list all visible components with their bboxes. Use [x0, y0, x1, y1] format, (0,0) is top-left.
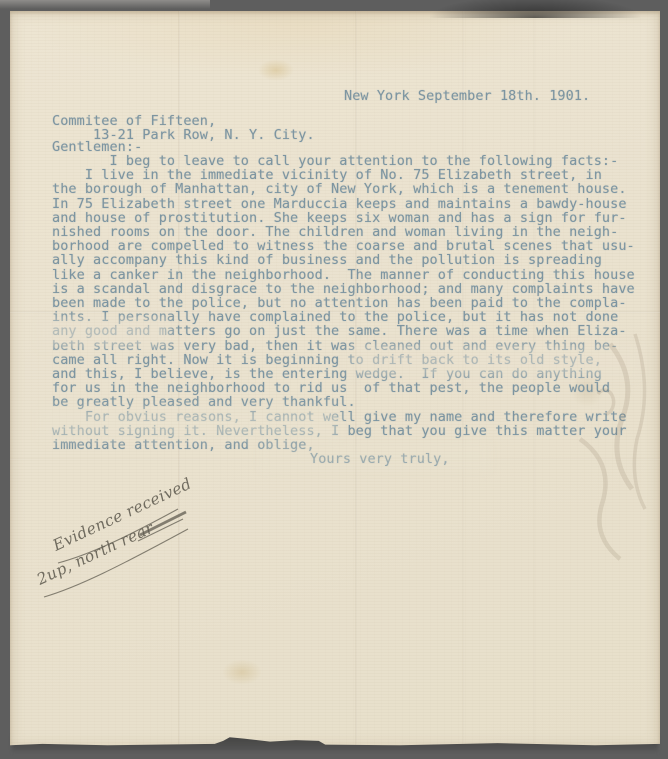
paper-stain — [258, 59, 294, 81]
scanner-edge-streak — [0, 0, 210, 9]
bleedthrough-squiggle — [634, 334, 645, 509]
letter-paper: New York September 18th. 1901. Commitee … — [10, 11, 660, 749]
ink-bleedthrough-marks — [550, 289, 658, 589]
paper-stain — [222, 659, 262, 685]
handwritten-annotation: Evidence received 2up, north rear — [28, 467, 228, 607]
scan-background: New York September 18th. 1901. Commitee … — [0, 0, 668, 759]
closing-line: Yours very truly, — [310, 452, 450, 466]
bleedthrough-squiggle — [598, 390, 614, 414]
letter-body: I beg to leave to call your attention to… — [52, 154, 635, 452]
bleedthrough-squiggle — [580, 439, 620, 559]
bleedthrough-squiggle — [610, 344, 632, 489]
date-line: New York September 18th. 1901. — [344, 89, 590, 103]
